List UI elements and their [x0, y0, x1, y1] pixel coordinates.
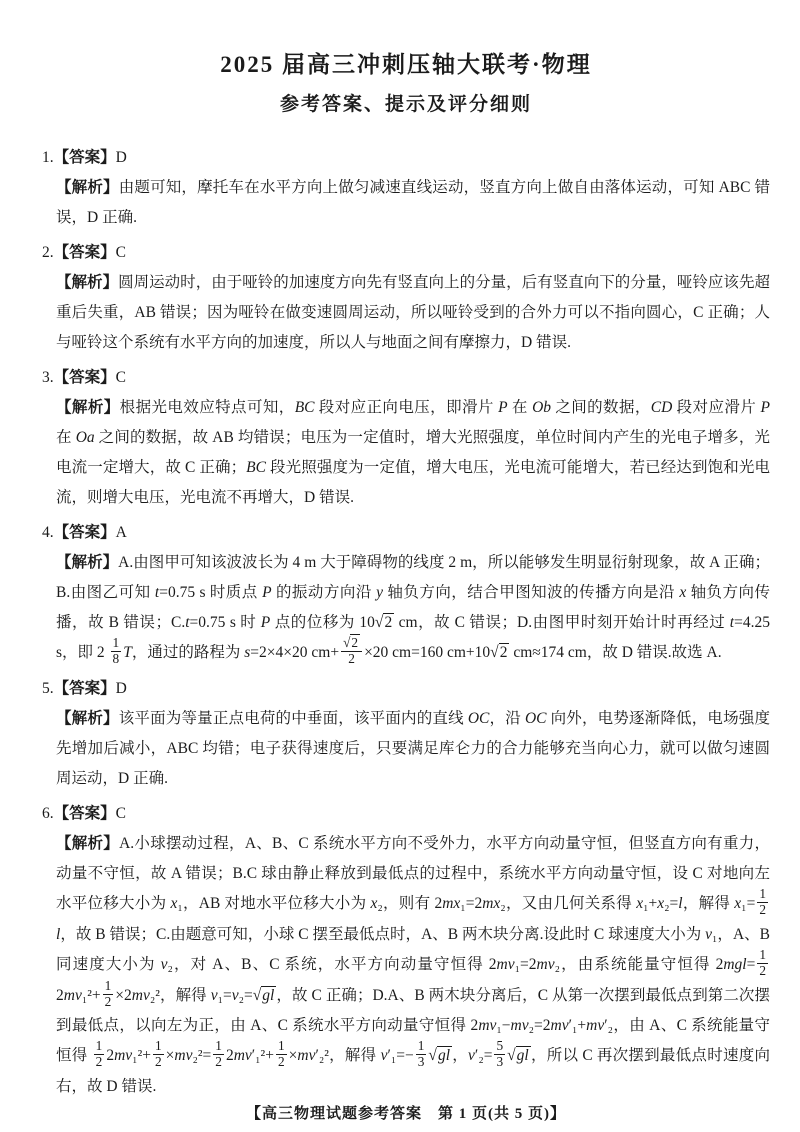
- question-block-1: 1.【答案】D 【解析】由题可知，摩托车在水平方向上做匀减速直线运动，竖直方向上…: [42, 143, 770, 233]
- answer-value: A: [116, 524, 127, 541]
- answer-value: C: [116, 369, 126, 386]
- answer-label: 【答案】: [54, 244, 116, 261]
- answer-label: 【答案】: [54, 369, 116, 386]
- analysis-paragraph: 【解析】该平面为等量正点电荷的中垂面，该平面内的直线 OC，沿 OC 向外，电势…: [56, 704, 770, 794]
- question-block-4: 4.【答案】A 【解析】A.由图甲可知该波波长为 4 m 大于障碍物的线度 2 …: [42, 518, 770, 669]
- analysis-text: A.小球摆动过程，A、B、C 系统水平方向不受外力，水平方向动量守恒，但竖直方向…: [56, 835, 770, 1095]
- answers-content: 1.【答案】D 【解析】由题可知，摩托车在水平方向上做匀减速直线运动，竖直方向上…: [42, 138, 770, 1102]
- answer-key-page: 2025 届高三冲刺压轴大联考·物理 参考答案、提示及评分细则 1.【答案】D …: [0, 0, 800, 1132]
- analysis-text: 根据光电效应特点可知，BC 段对应正向电压，即滑片 P 在 Ob 之间的数据，C…: [56, 399, 770, 506]
- question-block-6: 6.【答案】C 【解析】A.小球摆动过程，A、B、C 系统水平方向不受外力，水平…: [42, 799, 770, 1102]
- page-title: 2025 届高三冲刺压轴大联考·物理: [42, 46, 770, 79]
- question-number: 6.: [42, 805, 54, 822]
- analysis-label: 【解析】: [56, 710, 119, 727]
- analysis-label: 【解析】: [56, 554, 118, 571]
- answer-label: 【答案】: [54, 805, 116, 822]
- analysis-label: 【解析】: [56, 179, 119, 196]
- analysis-label: 【解析】: [56, 835, 119, 852]
- answer-value: D: [116, 680, 127, 697]
- analysis-text: 圆周运动时，由于哑铃的加速度方向先有竖直向上的分量，后有竖直向下的分量，哑铃应该…: [56, 274, 770, 351]
- analysis-paragraph: 【解析】A.由图甲可知该波波长为 4 m 大于障碍物的线度 2 m，所以能够发生…: [56, 548, 770, 669]
- analysis-paragraph: 【解析】圆周运动时，由于哑铃的加速度方向先有竖直向上的分量，后有竖直向下的分量，…: [56, 268, 770, 358]
- answer-line: 1.【答案】D: [42, 143, 770, 173]
- answer-label: 【答案】: [54, 680, 116, 697]
- answer-label: 【答案】: [54, 524, 116, 541]
- answer-line: 6.【答案】C: [42, 799, 770, 829]
- page-footer: 【高三物理试题参考答案 第 1 页(共 5 页)】: [42, 1102, 770, 1127]
- question-number: 5.: [42, 680, 54, 697]
- question-number: 4.: [42, 524, 54, 541]
- answer-line: 3.【答案】C: [42, 363, 770, 393]
- analysis-text: 该平面为等量正点电荷的中垂面，该平面内的直线 OC，沿 OC 向外，电势逐渐降低…: [56, 710, 770, 787]
- analysis-label: 【解析】: [56, 399, 120, 416]
- question-block-3: 3.【答案】C 【解析】根据光电效应特点可知，BC 段对应正向电压，即滑片 P …: [42, 363, 770, 513]
- answer-value: C: [116, 805, 126, 822]
- question-block-5: 5.【答案】D 【解析】该平面为等量正点电荷的中垂面，该平面内的直线 OC，沿 …: [42, 674, 770, 794]
- answer-line: 2.【答案】C: [42, 238, 770, 268]
- analysis-paragraph: 【解析】由题可知，摩托车在水平方向上做匀减速直线运动，竖直方向上做自由落体运动，…: [56, 173, 770, 233]
- question-block-2: 2.【答案】C 【解析】圆周运动时，由于哑铃的加速度方向先有竖直向上的分量，后有…: [42, 238, 770, 358]
- page-subtitle: 参考答案、提示及评分细则: [42, 89, 770, 116]
- answer-line: 4.【答案】A: [42, 518, 770, 548]
- answer-value: C: [116, 244, 126, 261]
- answer-label: 【答案】: [54, 149, 116, 166]
- analysis-label: 【解析】: [56, 274, 118, 291]
- answer-value: D: [116, 149, 127, 166]
- analysis-text: 由题可知，摩托车在水平方向上做匀减速直线运动，竖直方向上做自由落体运动，可知 A…: [56, 179, 770, 226]
- question-number: 1.: [42, 149, 54, 166]
- answer-line: 5.【答案】D: [42, 674, 770, 704]
- header: 2025 届高三冲刺压轴大联考·物理 参考答案、提示及评分细则: [42, 30, 770, 138]
- analysis-paragraph: 【解析】A.小球摆动过程，A、B、C 系统水平方向不受外力，水平方向动量守恒，但…: [56, 829, 770, 1102]
- question-number: 3.: [42, 369, 54, 386]
- question-number: 2.: [42, 244, 54, 261]
- analysis-text: A.由图甲可知该波波长为 4 m 大于障碍物的线度 2 m，所以能够发生明显衍射…: [56, 554, 770, 661]
- analysis-paragraph: 【解析】根据光电效应特点可知，BC 段对应正向电压，即滑片 P 在 Ob 之间的…: [56, 393, 770, 513]
